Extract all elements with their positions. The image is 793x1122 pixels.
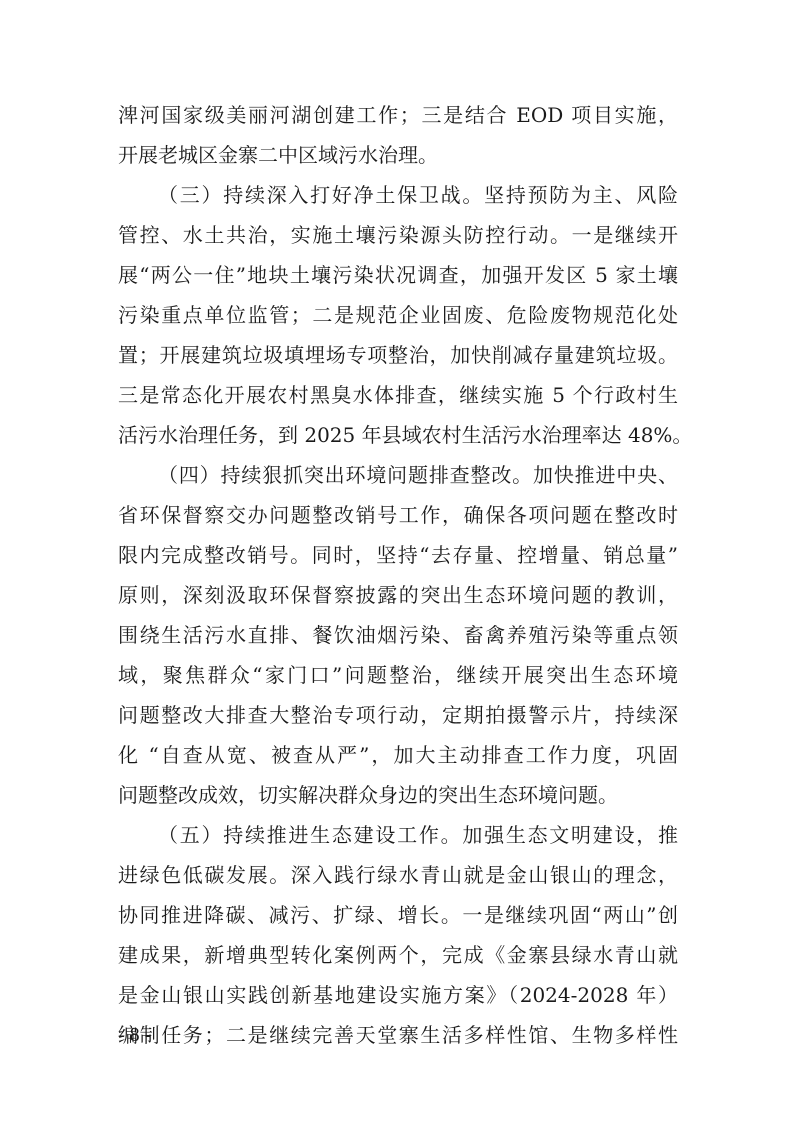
text-line: 三是常态化开展农村黑臭水体排查，继续实施 5 个行政村生: [118, 375, 678, 415]
page-number: - 8 -: [118, 1020, 151, 1050]
text-line: 活污水治理任务，到 2025 年县域农村生活污水治理率达 48%。: [118, 415, 678, 455]
text-line: 是金山银山实践创新基地建设实施方案》（2024-2028 年）: [118, 975, 678, 1015]
text-line: 建成果，新增典型转化案例两个，完成《金寨县绿水青山就: [118, 935, 678, 975]
text-line: 污染重点单位监管；二是规范企业固废、危险废物规范化处: [118, 295, 678, 335]
text-line: 开展老城区金寨二中区域污水治理。: [118, 135, 678, 175]
text-line: 管控、水土共治，实施土壤污染源头防控行动。一是继续开: [118, 215, 678, 255]
text-line: 围绕生活污水直排、餐饮油烟污染、畜禽养殖污染等重点领: [118, 615, 678, 655]
section-heading-line: （五）持续推进生态建设工作。加强生态文明建设，推: [118, 815, 678, 855]
paragraph-section-4: （四）持续狠抓突出环境问题排查整改。加快推进中央、 省环保督察交办问题整改销号工…: [118, 455, 678, 815]
text-line: 化 “自查从宽、被查从严”，加大主动排查工作力度，巩固: [118, 735, 678, 775]
text-line: 限内完成整改销号。同时，坚持“去存量、控增量、销总量”: [118, 535, 678, 575]
text-line: 展“两公一住”地块土壤污染状况调查，加强开发区 5 家土壤: [118, 255, 678, 295]
paragraph-continuation: 渒河国家级美丽河湖创建工作；三是结合 EOD 项目实施， 开展老城区金寨二中区域…: [118, 95, 678, 175]
text-line: 进绿色低碳发展。深入践行绿水青山就是金山银山的理念，: [118, 855, 678, 895]
text-line: 省环保督察交办问题整改销号工作，确保各项问题在整改时: [118, 495, 678, 535]
text-line: 编制任务；二是继续完善天堂寨生活多样性馆、生物多样性: [118, 1015, 678, 1055]
text-line: 原则，深刻汲取环保督察披露的突出生态环境问题的教训，: [118, 575, 678, 615]
text-line: 置；开展建筑垃圾填埋场专项整治，加快削减存量建筑垃圾。: [118, 335, 678, 375]
text-line: 问题整改成效，切实解决群众身边的突出生态环境问题。: [118, 775, 678, 815]
section-heading-line: （三）持续深入打好净土保卫战。坚持预防为主、风险: [118, 175, 678, 215]
document-page: 渒河国家级美丽河湖创建工作；三是结合 EOD 项目实施， 开展老城区金寨二中区域…: [118, 95, 678, 1055]
paragraph-section-3: （三）持续深入打好净土保卫战。坚持预防为主、风险 管控、水土共治，实施土壤污染源…: [118, 175, 678, 455]
text-line: 域，聚焦群众“家门口”问题整治，继续开展突出生态环境: [118, 655, 678, 695]
paragraph-section-5: （五）持续推进生态建设工作。加强生态文明建设，推 进绿色低碳发展。深入践行绿水青…: [118, 815, 678, 1055]
section-heading-line: （四）持续狠抓突出环境问题排查整改。加快推进中央、: [118, 455, 678, 495]
text-line: 渒河国家级美丽河湖创建工作；三是结合 EOD 项目实施，: [118, 95, 678, 135]
text-line: 协同推进降碳、减污、扩绿、增长。一是继续巩固“两山”创: [118, 895, 678, 935]
text-line: 问题整改大排查大整治专项行动，定期拍摄警示片，持续深: [118, 695, 678, 735]
